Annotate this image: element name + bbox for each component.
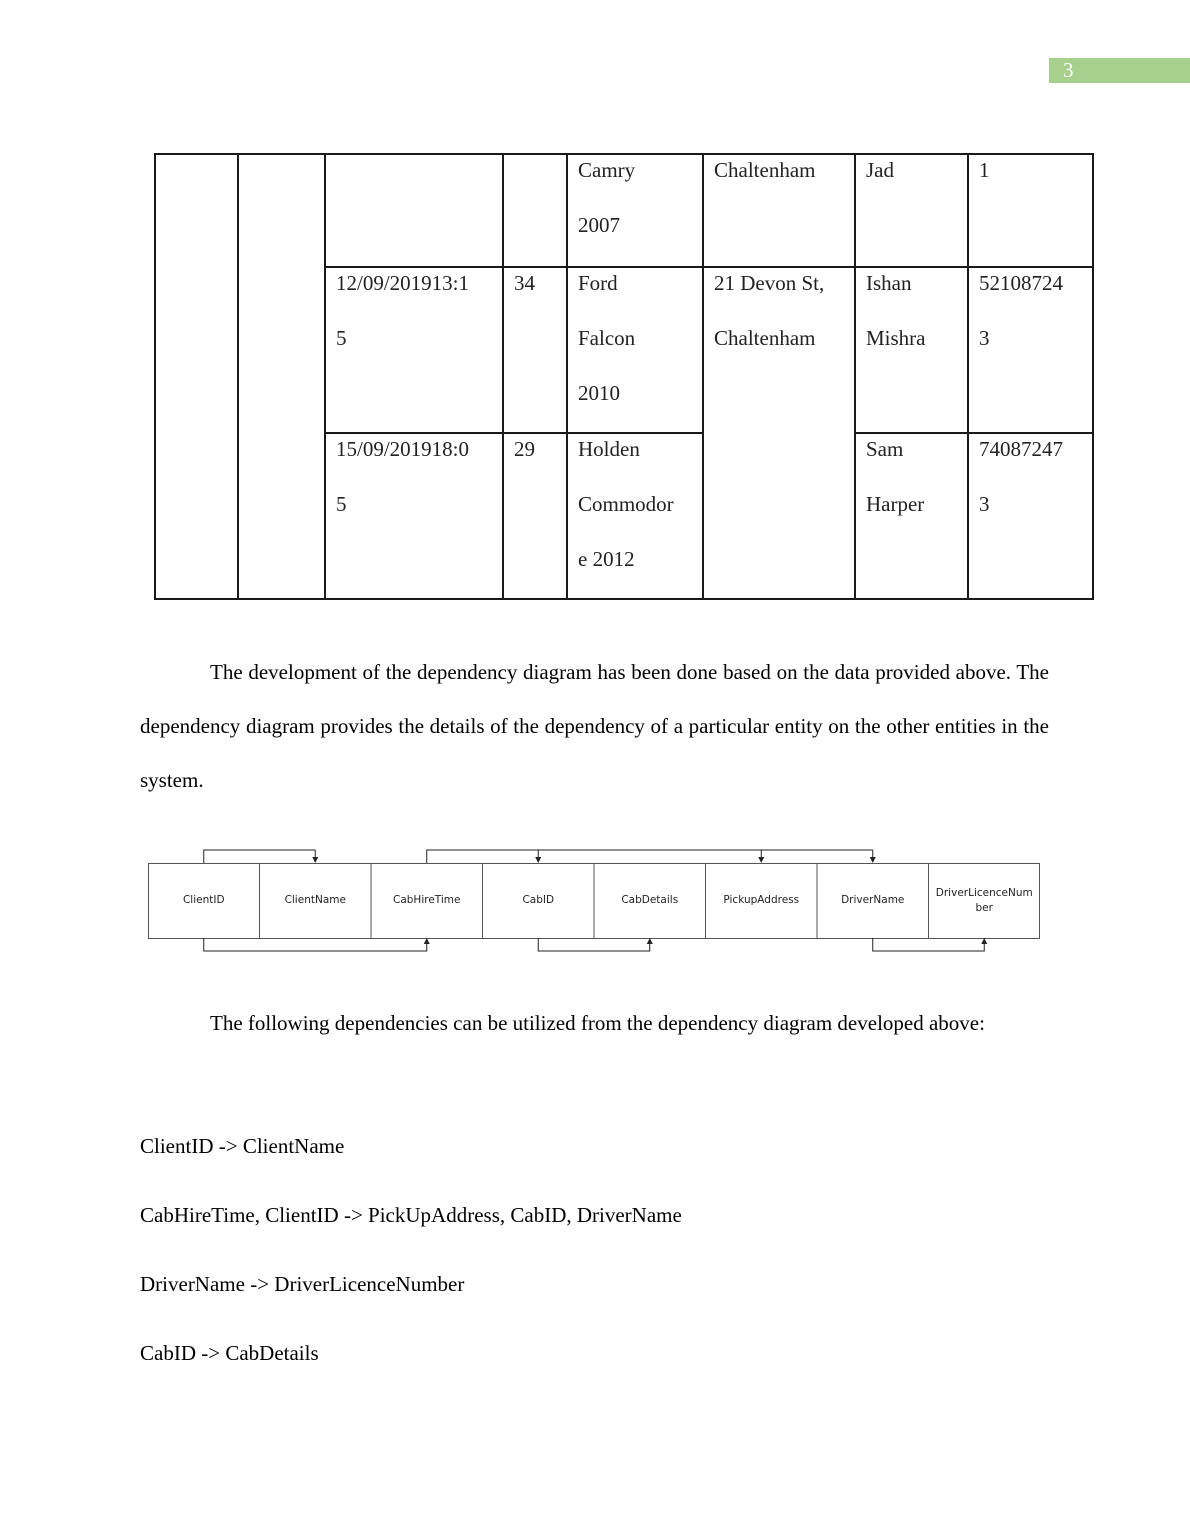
dependency-item: CabHireTime, ClientID -> PickUpAddress, … (140, 1201, 682, 1229)
table-cell-driver: Jad (855, 154, 968, 267)
table-cell-address: 21 Devon St,Chaltenham (703, 267, 855, 599)
table-cell (325, 154, 503, 267)
attribute-box-drivername: DriverName (817, 863, 929, 938)
attribute-box-pickupaddress: PickupAddress (706, 863, 818, 938)
table-cell (503, 154, 567, 267)
table-cell-cab-model: HoldenCommodore 2012 (567, 433, 703, 599)
table-cell-address: Chaltenham (703, 154, 855, 267)
page-number: 3 (1063, 58, 1074, 83)
table-cell-cab-model: Camry2007 (567, 154, 703, 267)
table-cell-driver: IshanMishra (855, 267, 968, 433)
table-cell-cab-id: 29 (503, 433, 567, 599)
dependency-diagram: ClientIDClientNameCabHireTimeCabIDCabDet… (148, 845, 1040, 957)
table-cell-licence: 740872473 (968, 433, 1093, 599)
page-number-badge: 3 (1049, 58, 1190, 83)
paragraph-text: The following dependencies can be utiliz… (210, 1011, 985, 1035)
paragraph-dependencies-intro: The following dependencies can be utiliz… (140, 996, 1049, 1050)
table-row: Camry2007 Chaltenham Jad 1 (155, 154, 1093, 267)
attribute-box-clientname: ClientName (260, 863, 372, 938)
dependency-item: DriverName -> DriverLicenceNumber (140, 1270, 464, 1298)
table-cell (238, 154, 325, 599)
attribute-box-driverlicencenumber: DriverLicenceNumber (929, 863, 1041, 938)
cab-hire-table: Camry2007 Chaltenham Jad 1 12/09/201913:… (154, 153, 1094, 600)
dependency-item: CabID -> CabDetails (140, 1339, 319, 1367)
table-cell (155, 154, 238, 599)
table-cell-driver: SamHarper (855, 433, 968, 599)
attribute-box-cabhiretime: CabHireTime (371, 863, 483, 938)
paragraph-text: The development of the dependency diagra… (140, 660, 1049, 792)
attribute-box-cabid: CabID (483, 863, 595, 938)
table-cell-cab-id: 34 (503, 267, 567, 433)
table-cell-licence: 1 (968, 154, 1093, 267)
table-cell-cab-model: FordFalcon2010 (567, 267, 703, 433)
attribute-box-clientid: ClientID (148, 863, 260, 938)
table-cell-licence: 521087243 (968, 267, 1093, 433)
table-cell-hire-time: 12/09/201913:15 (325, 267, 503, 433)
dependency-item: ClientID -> ClientName (140, 1132, 344, 1160)
attribute-box-cabdetails: CabDetails (594, 863, 706, 938)
table-cell-hire-time: 15/09/201918:05 (325, 433, 503, 599)
paragraph-diagram-intro: The development of the dependency diagra… (140, 645, 1049, 807)
